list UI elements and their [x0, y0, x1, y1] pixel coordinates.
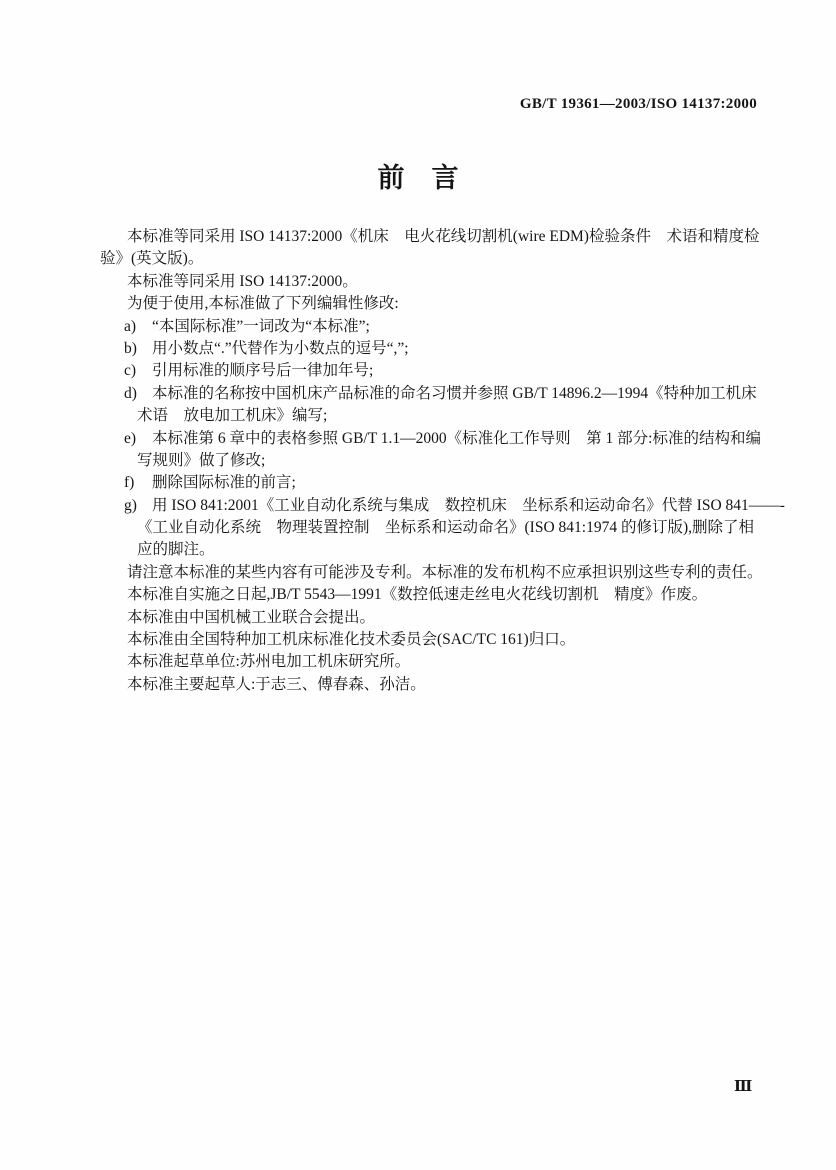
page-number: Ⅲ	[734, 1077, 752, 1096]
list-item-line: d)本标准的名称按中国机床产品标准的命名习惯并参照 GB/T 14896.2—1…	[100, 383, 790, 405]
line-text: 本标准由全国特种加工机床标准化技术委员会(SAC/TC 161)归口。	[127, 631, 575, 648]
list-item-line: b)用小数点“.”代替作为小数点的逗号“,”;	[100, 338, 790, 360]
text-line: 本标准自实施之日起,JB/T 5543—1991《数控低速走丝电火花线切割机 精…	[100, 584, 790, 606]
line-text: 本标准由中国机械工业联合会提出。	[127, 609, 375, 626]
line-text: 本标准等同采用 ISO 14137:2000《机床 电火花线切割机(wire E…	[127, 228, 759, 245]
foreword-body: 本标准等同采用 ISO 14137:2000《机床 电火花线切割机(wire E…	[100, 226, 790, 696]
list-item-letter: c)	[124, 360, 136, 382]
standard-number-header: GB/T 19361—2003/ISO 14137:2000	[520, 96, 757, 113]
text-line: 写规则》做了修改;	[100, 450, 790, 472]
text-line: 请注意本标准的某些内容有可能涉及专利。本标准的发布机构不应承担识别这些专利的责任…	[100, 562, 790, 584]
text-line: 本标准由全国特种加工机床标准化技术委员会(SAC/TC 161)归口。	[100, 629, 790, 651]
line-text: 用 ISO 841:2001《工业自动化系统与集成 数控机床 坐标系和运动命名》…	[152, 497, 785, 514]
list-item-letter: g)	[124, 495, 137, 517]
line-text: 术语 放电加工机床》编写;	[137, 407, 327, 424]
line-text: 用小数点“.”代替作为小数点的逗号“,”;	[152, 340, 409, 357]
line-text: 本标准等同采用 ISO 14137:2000。	[127, 273, 358, 290]
list-item-line: g)用 ISO 841:2001《工业自动化系统与集成 数控机床 坐标系和运动命…	[100, 495, 790, 517]
line-text: 验》(英文版)。	[100, 250, 203, 267]
list-item-letter: b)	[124, 338, 137, 360]
line-text: 写规则》做了修改;	[137, 452, 265, 469]
text-line: 本标准等同采用 ISO 14137:2000。	[100, 271, 790, 293]
text-line: 术语 放电加工机床》编写;	[100, 405, 790, 427]
line-text: 本标准主要起草人:于志三、傅春森、孙洁。	[127, 676, 426, 693]
list-item-letter: f)	[124, 472, 134, 494]
line-text: 删除国际标准的前言;	[152, 474, 296, 491]
line-text: 本标准的名称按中国机床产品标准的命名习惯并参照 GB/T 14896.2—199…	[152, 385, 757, 402]
list-item-line: c)引用标准的顺序号后一律加年号;	[100, 360, 790, 382]
line-text: “本国际标准”一词改为“本标准”;	[152, 318, 370, 335]
text-line: 本标准主要起草人:于志三、傅春森、孙洁。	[100, 674, 790, 696]
text-line: 《工业自动化系统 物理装置控制 坐标系和运动命名》(ISO 841:1974 的…	[100, 517, 790, 539]
list-item-line: f)删除国际标准的前言;	[100, 472, 790, 494]
list-item-letter: a)	[124, 316, 136, 338]
text-line: 本标准起草单位:苏州电加工机床研究所。	[100, 651, 790, 673]
line-text: 为便于使用,本标准做了下列编辑性修改:	[127, 295, 399, 312]
line-text: 本标准自实施之日起,JB/T 5543—1991《数控低速走丝电火花线切割机 精…	[127, 586, 707, 603]
text-line: 为便于使用,本标准做了下列编辑性修改:	[100, 293, 790, 315]
list-item-line: e)本标准第 6 章中的表格参照 GB/T 1.1—2000《标准化工作导则 第…	[100, 428, 790, 450]
line-text: 本标准第 6 章中的表格参照 GB/T 1.1—2000《标准化工作导则 第 1…	[152, 430, 761, 447]
text-line: 应的脚注。	[100, 539, 790, 561]
list-item-letter: d)	[124, 383, 137, 405]
list-item-letter: e)	[124, 428, 136, 450]
text-line: 本标准等同采用 ISO 14137:2000《机床 电火花线切割机(wire E…	[100, 226, 790, 248]
line-text: 引用标准的顺序号后一律加年号;	[152, 362, 373, 379]
document-page: GB/T 19361—2003/ISO 14137:2000 前 言 本标准等同…	[0, 0, 836, 1170]
text-line: 验》(英文版)。	[100, 248, 790, 270]
list-item-line: a)“本国际标准”一词改为“本标准”;	[100, 316, 790, 338]
line-text: 请注意本标准的某些内容有可能涉及专利。本标准的发布机构不应承担识别这些专利的责任…	[127, 564, 763, 581]
line-text: 《工业自动化系统 物理装置控制 坐标系和运动命名》(ISO 841:1974 的…	[137, 519, 754, 536]
line-text: 应的脚注。	[137, 541, 215, 558]
text-line: 本标准由中国机械工业联合会提出。	[100, 607, 790, 629]
line-text: 本标准起草单位:苏州电加工机床研究所。	[127, 653, 410, 670]
foreword-title: 前 言	[0, 156, 836, 195]
